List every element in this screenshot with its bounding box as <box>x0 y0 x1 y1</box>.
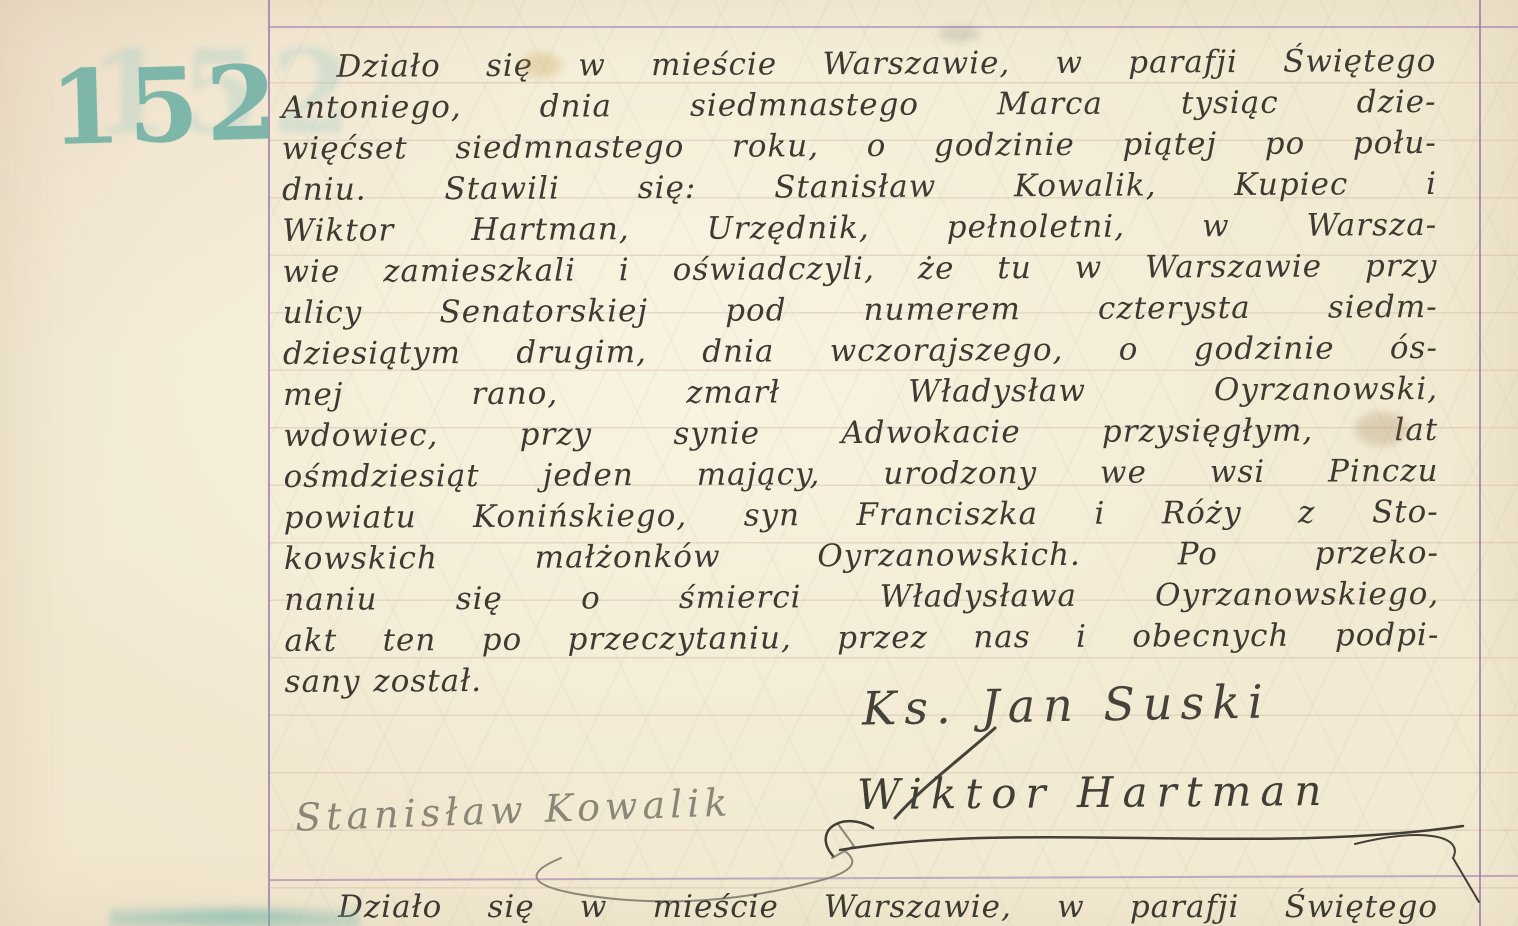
record-text-body: Działo się w mieście Warszawie, w parafj… <box>281 41 1439 703</box>
handwritten-line: Antoniego, dnia siedmnastego Marca tysią… <box>282 82 1437 129</box>
next-record-preview: Działo się w mieście Warszawie, w parafj… <box>283 887 1438 926</box>
handwritten-line: ulicy Senatorskiej pod numerem czterysta… <box>283 287 1438 334</box>
paper-stain <box>520 52 562 78</box>
ink-smudge <box>938 26 980 42</box>
handwritten-line: powiatu Konińskiego, syn Franciszka i Ró… <box>284 492 1439 539</box>
paper-stain <box>1355 412 1407 446</box>
record-number-stamp: 152 <box>48 43 285 169</box>
handwritten-line: ośmdziesiąt jeden mający, urodzony we ws… <box>283 451 1438 498</box>
right-margin-rule <box>1479 0 1481 926</box>
handwritten-line: wie zamieszkali i oświadczyli, że tu w W… <box>282 246 1437 293</box>
handwritten-line: mej rano, zmarł Władysław Oyrzanowski, <box>283 369 1438 416</box>
handwritten-line: Wiktor Hartman, Urzędnik, pełnoletni, w … <box>282 205 1437 252</box>
handwritten-line: akt ten po przeczytaniu, przez nas i obe… <box>284 615 1439 662</box>
handwritten-line: naniu się o śmierci Władysława Oyrzanows… <box>284 574 1439 621</box>
handwritten-line: kowskich małżonków Oyrzanowskich. Po prz… <box>284 533 1439 580</box>
handwritten-line: więćset siedmnastego roku, o godzinie pi… <box>282 123 1437 170</box>
registry-page-scan: 152 152 Działo się w mieście Warszawie, … <box>0 0 1518 926</box>
handwritten-line: dniu. Stawili się: Stanisław Kowalik, Ku… <box>282 164 1437 211</box>
handwritten-line: dziesiątym drugim, dnia wczorajszego, o … <box>283 328 1438 375</box>
next-record-first-line: Działo się w mieście Warszawie, w parafj… <box>283 887 1438 926</box>
handwritten-line: wdowiec, przy synie Adwokacie przysięgły… <box>283 410 1438 457</box>
handwritten-line: Działo się w mieście Warszawie, w parafj… <box>281 41 1436 88</box>
priest-signature: Ks. Jan Suski <box>862 674 1272 735</box>
record-top-rule <box>270 26 1518 28</box>
next-record-number-smudge <box>110 901 360 926</box>
